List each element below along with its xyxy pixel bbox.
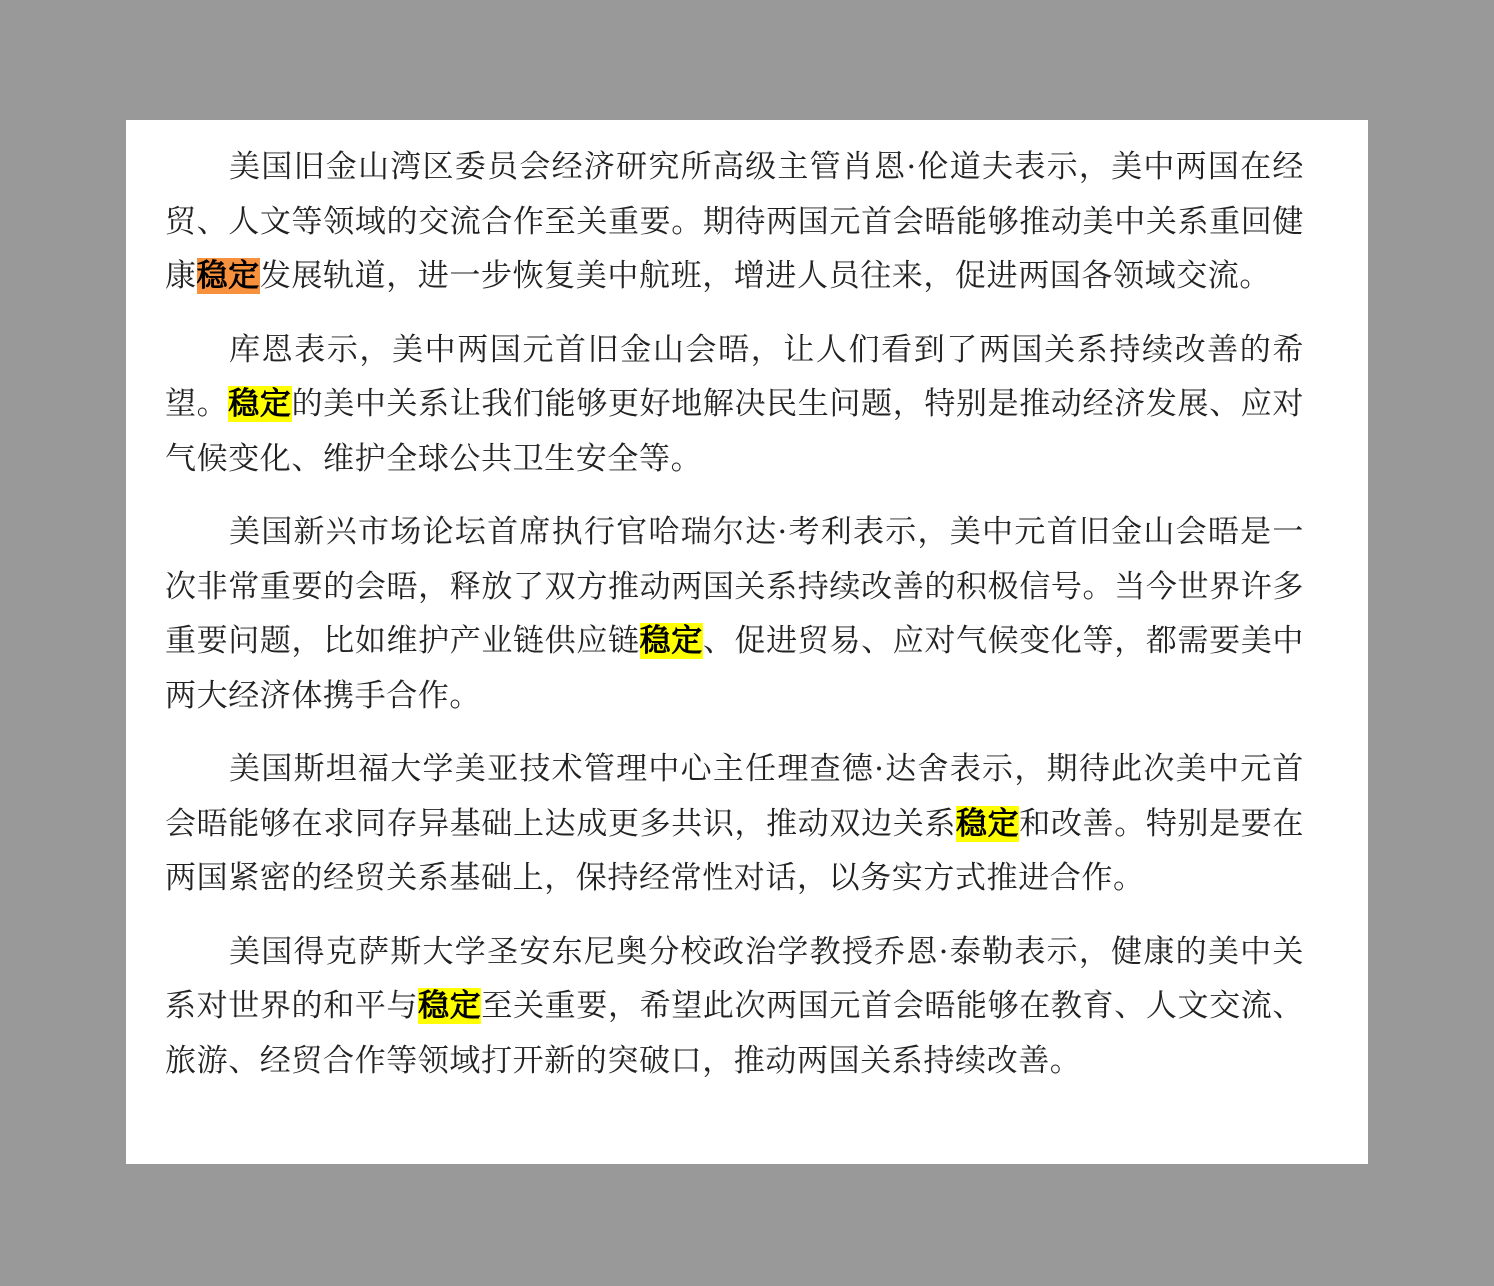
search-highlight[interactable]: 稳定 xyxy=(640,623,703,659)
paragraph-2: 库恩表示，美中两国元首旧金山会晤，让人们看到了两国关系持续改善的希望。稳定的美中… xyxy=(165,323,1304,487)
paragraph-3: 美国新兴市场论坛首席执行官哈瑞尔达·考利表示，美中元首旧金山会晤是一次非常重要的… xyxy=(165,505,1304,723)
paragraph-5: 美国得克萨斯大学圣安东尼奥分校政治学教授乔恩·泰勒表示，健康的美中关系对世界的和… xyxy=(165,925,1304,1089)
paragraph-text: 的美中关系让我们能够更好地解决民生问题，特别是推动经济发展、应对气候变化、维护全… xyxy=(165,386,1304,477)
paragraph-text: 发展轨道，进一步恢复美中航班，增进人员往来，促进两国各领域交流。 xyxy=(260,258,1271,294)
search-highlight[interactable]: 稳定 xyxy=(418,988,481,1024)
paragraph-4: 美国斯坦福大学美亚技术管理中心主任理查德·达舍表示，期待此次美中元首会晤能够在求… xyxy=(165,742,1304,906)
paragraph-1: 美国旧金山湾区委员会经济研究所高级主管肖恩·伦道夫表示，美中两国在经贸、人文等领… xyxy=(165,140,1304,304)
document-page: 美国旧金山湾区委员会经济研究所高级主管肖恩·伦道夫表示，美中两国在经贸、人文等领… xyxy=(126,120,1368,1164)
search-highlight[interactable]: 稳定 xyxy=(228,386,291,422)
search-highlight-active[interactable]: 稳定 xyxy=(197,258,260,294)
search-highlight[interactable]: 稳定 xyxy=(956,806,1019,842)
